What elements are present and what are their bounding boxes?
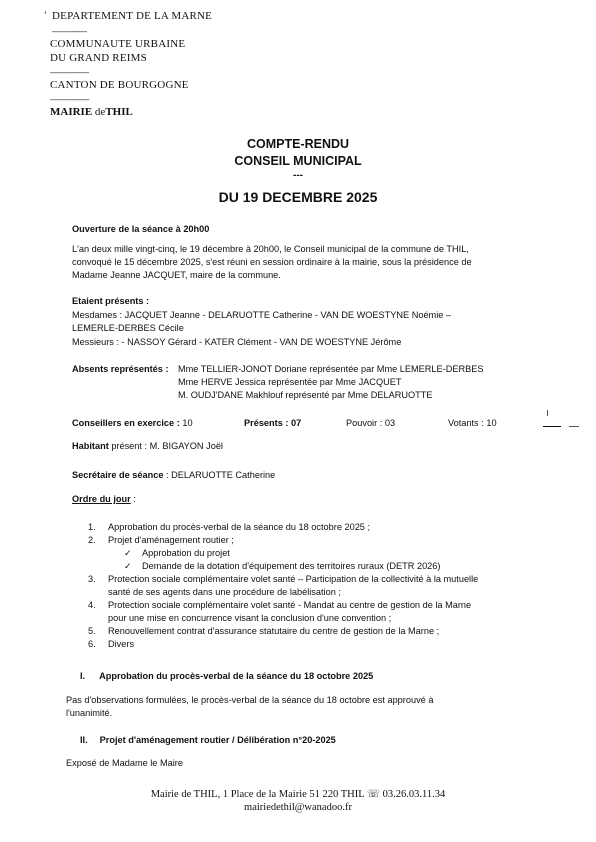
- separator: ----------------: [52, 27, 87, 36]
- agenda-subitem-text: Approbation du projet: [142, 548, 230, 558]
- agenda-item-continued: santé de ses agents dans une procédure d…: [108, 587, 341, 597]
- checkmark-icon: ✓: [124, 548, 138, 559]
- communaute-name-2: DU GRAND REIMS: [50, 52, 147, 64]
- section-1-heading: I.Approbation du procès-verbal de la séa…: [80, 671, 373, 681]
- agenda-subitem: ✓Approbation du projet: [124, 548, 230, 559]
- mesdames-line-2: LEMERLE-DERBES Cécile: [72, 323, 184, 333]
- agenda-item-continued: pour une mise en concurrence visant la c…: [108, 613, 391, 623]
- present-heading: Etaient présents :: [72, 296, 149, 306]
- presents-value: 07: [291, 418, 301, 428]
- agenda-item-text: Approbation du procès-verbal de la séanc…: [108, 522, 370, 532]
- section-1-text-1: Pas d'observations formulées, le procès-…: [66, 695, 433, 705]
- opening-text-1: L'an deux mille vingt-cinq, le 19 décemb…: [72, 244, 469, 254]
- agenda-item: 5.Renouvellement contrat d'assurance sta…: [88, 626, 439, 636]
- section-title: Projet d'aménagement routier / Délibérat…: [100, 735, 336, 745]
- scan-mark: ’: [44, 10, 47, 20]
- mairie-prefix: MAIRIE: [50, 106, 92, 118]
- department-name: DEPARTEMENT DE LA MARNE: [52, 10, 212, 22]
- section-number: II.: [80, 735, 88, 745]
- pouvoir-label: Pouvoir: [346, 418, 377, 428]
- absent-item: Mme TELLIER-JONOT Doriane représentée pa…: [178, 364, 484, 374]
- opening-text-3: Madame Jeanne JACQUET, maire de la commu…: [72, 270, 281, 280]
- mairie-town: THIL: [105, 106, 133, 118]
- opening-text-2: convoqué le 15 décembre 2025, s'est réun…: [72, 257, 472, 267]
- habitant-value: M. BIGAYON Joël: [150, 441, 223, 451]
- agenda-item-text: Divers: [108, 639, 134, 649]
- secretaire-label: Secrétaire de séance: [72, 470, 163, 480]
- absent-item: M. OUDJ'DANE Makhlouf représenté par Mme…: [178, 390, 432, 400]
- pouvoir-count: Pouvoir : 03: [346, 418, 395, 428]
- agenda-item: 1.Approbation du procès-verbal de la séa…: [88, 522, 370, 532]
- footer-address: Mairie de THIL, 1 Place de la Mairie 51 …: [0, 788, 596, 800]
- mairie-name: MAIRIE deTHIL: [50, 106, 133, 118]
- checkmark-icon: ✓: [124, 561, 138, 572]
- presents-label: Présents: [244, 418, 283, 428]
- agenda-item: 6.Divers: [88, 639, 134, 649]
- conseillers-count: Conseillers en exercice : 10: [72, 418, 193, 428]
- footer-address-text: Mairie de THIL, 1 Place de la Mairie 51 …: [151, 789, 365, 800]
- scan-mark-line: [569, 426, 579, 427]
- agenda-item-number: 5.: [88, 626, 102, 636]
- canton-name: CANTON DE BOURGOGNE: [50, 79, 189, 91]
- section-number: I.: [80, 671, 85, 681]
- mesdames-label: Mesdames: [72, 310, 117, 320]
- agenda-item-number: 2.: [88, 535, 102, 545]
- presents-count: Présents : 07: [244, 418, 301, 428]
- phone-icon: ☏: [367, 789, 380, 800]
- agenda-colon: :: [131, 494, 136, 504]
- agenda-subitem-text: Demande de la dotation d'équipement des …: [142, 561, 440, 571]
- title-date: DU 19 DECEMBRE 2025: [0, 189, 596, 205]
- title-separator: ---: [0, 170, 596, 181]
- messieurs-names: : - NASSOY Gérard - KATER Clément - VAN …: [116, 337, 401, 347]
- section-title: Approbation du procès-verbal de la séanc…: [99, 671, 373, 681]
- mesdames-names: : JACQUET Jeanne - DELARUOTTE Catherine …: [120, 310, 452, 320]
- habitant-label: Habitant: [72, 441, 109, 451]
- title-line-2: CONSEIL MUNICIPAL: [0, 154, 596, 168]
- votants-value: 10: [486, 418, 496, 428]
- separator: ------------------: [50, 68, 89, 77]
- footer-phone: 03.26.03.11.34: [383, 789, 446, 800]
- agenda-item-number: 3.: [88, 574, 102, 584]
- agenda-heading: Ordre du jour :: [72, 494, 136, 504]
- scan-mark-line: [543, 426, 561, 427]
- agenda-item-number: 6.: [88, 639, 102, 649]
- habitant-line: Habitant présent : M. BIGAYON Joël: [72, 441, 223, 451]
- pouvoir-value: 03: [385, 418, 395, 428]
- agenda-subitem: ✓Demande de la dotation d'équipement des…: [124, 561, 440, 572]
- section-1-text-2: l'unanimité.: [66, 708, 112, 718]
- section-2-heading: II.Projet d'aménagement routier / Délibé…: [80, 735, 336, 745]
- absent-item: Mme HERVE Jessica représentée par Mme JA…: [178, 377, 401, 387]
- agenda-item-text: Protection sociale complémentaire volet …: [108, 574, 478, 584]
- scan-mark: [547, 410, 548, 416]
- title-line-1: COMPTE-RENDU: [0, 137, 596, 151]
- agenda-item-text: Protection sociale complémentaire volet …: [108, 600, 471, 610]
- section-2-text-1: Exposé de Madame le Maire: [66, 758, 183, 768]
- footer-email[interactable]: mairiedethil@wanadoo.fr: [0, 802, 596, 813]
- messieurs-label: Messieurs: [72, 337, 114, 347]
- habitant-label-rest: présent :: [111, 441, 149, 451]
- secretaire-value: : DELARUOTTE Catherine: [166, 470, 275, 480]
- messieurs-line: Messieurs : - NASSOY Gérard - KATER Clém…: [72, 337, 401, 347]
- conseillers-label: Conseillers en exercice: [72, 418, 174, 428]
- agenda-item: 3.Protection sociale complémentaire vole…: [88, 574, 478, 584]
- absents-heading: Absents représentés :: [72, 364, 169, 374]
- agenda-item-text: Projet d'aménagement routier ;: [108, 535, 234, 545]
- agenda-item: 2.Projet d'aménagement routier ;: [88, 535, 234, 545]
- conseillers-value: 10: [182, 418, 192, 428]
- votants-count: Votants : 10: [448, 418, 497, 428]
- mairie-de: de: [95, 106, 105, 118]
- communaute-name-1: COMMUNAUTE URBAINE: [50, 38, 185, 50]
- agenda-item-number: 1.: [88, 522, 102, 532]
- agenda-item-text: Renouvellement contrat d'assurance statu…: [108, 626, 439, 636]
- agenda-item-number: 4.: [88, 600, 102, 610]
- agenda-title: Ordre du jour: [72, 494, 131, 504]
- agenda-item: 4.Protection sociale complémentaire vole…: [88, 600, 471, 610]
- separator: ------------------: [50, 95, 89, 104]
- mesdames-line-1: Mesdames : JACQUET Jeanne - DELARUOTTE C…: [72, 310, 451, 320]
- votants-label: Votants: [448, 418, 479, 428]
- opening-heading: Ouverture de la séance à 20h00: [72, 224, 209, 234]
- secretaire-line: Secrétaire de séance : DELARUOTTE Cather…: [72, 470, 275, 480]
